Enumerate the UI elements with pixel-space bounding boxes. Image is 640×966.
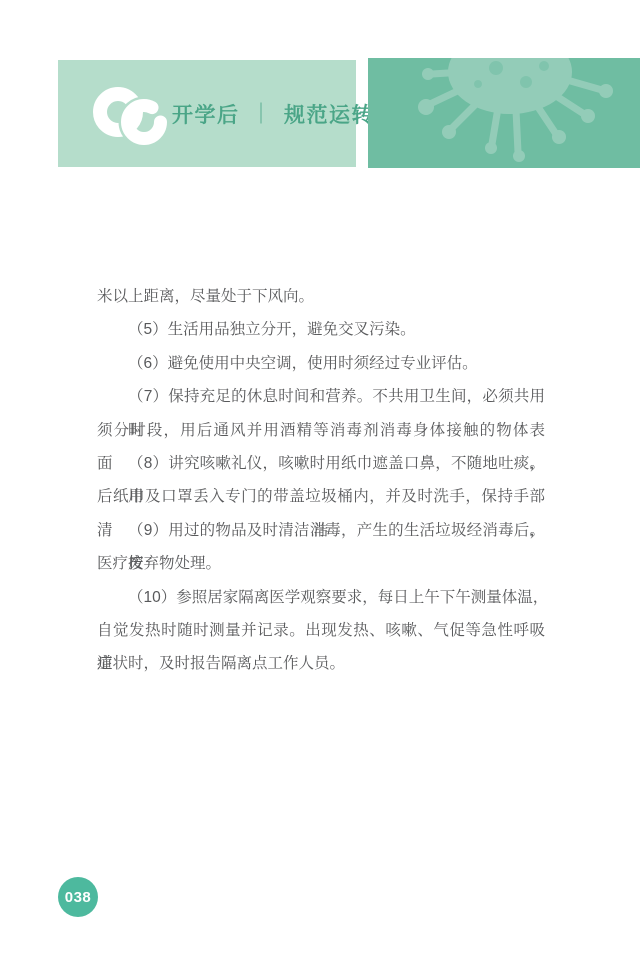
- page-number: 038: [65, 889, 92, 906]
- body-text-line: （8）讲究咳嗽礼仪，咳嗽时用纸巾遮盖口鼻，不随地吐痰，用: [97, 447, 545, 480]
- body-text-line: 须分时段，用后通风并用酒精等消毒剂消毒身体接触的物体表面。: [97, 414, 545, 447]
- chapter-label: 规范运转: [284, 99, 374, 129]
- title-separator: ｜: [251, 98, 274, 128]
- body-text-line: （7）保持充足的休息时间和营养。不共用卫生间，必须共用时: [97, 380, 545, 413]
- body-text-line: （5）生活用品独立分开，避免交叉污染。: [97, 313, 545, 346]
- coronavirus-icon: [368, 58, 640, 168]
- body-text: 米以上距离，尽量处于下风向。（5）生活用品独立分开，避免交叉污染。（6）避免使用…: [97, 280, 545, 681]
- body-text-line: （10）参照居家隔离医学观察要求，每日上午下午测量体温，: [97, 581, 545, 614]
- body-text-line: （9）用过的物品及时清洁消毒，产生的生活垃圾经消毒后，按: [97, 514, 545, 547]
- section-label: 开学后: [172, 99, 240, 129]
- body-text-line: 米以上距离，尽量处于下风向。: [97, 280, 545, 313]
- body-text-line: 后纸巾及口罩丢入专门的带盖垃圾桶内，并及时洗手，保持手部清洁。: [97, 480, 545, 513]
- header-title: 开学后 ｜ 规范运转: [172, 60, 374, 167]
- body-text-line: 症状时，及时报告隔离点工作人员。: [97, 647, 545, 680]
- body-text-line: 自觉发热时随时测量并记录。出现发热、咳嗽、气促等急性呼吸道: [97, 614, 545, 647]
- brand-logo-icon: [92, 86, 170, 148]
- document-page: 开学后 ｜ 规范运转: [0, 0, 640, 966]
- body-text-line: （6）避免使用中央空调，使用时须经过专业评估。: [97, 347, 545, 380]
- body-text-line: 医疗废弃物处理。: [97, 547, 545, 580]
- header-banner: 开学后 ｜ 规范运转: [58, 60, 356, 167]
- page-number-badge: 038: [58, 877, 98, 917]
- header-image: [368, 58, 640, 168]
